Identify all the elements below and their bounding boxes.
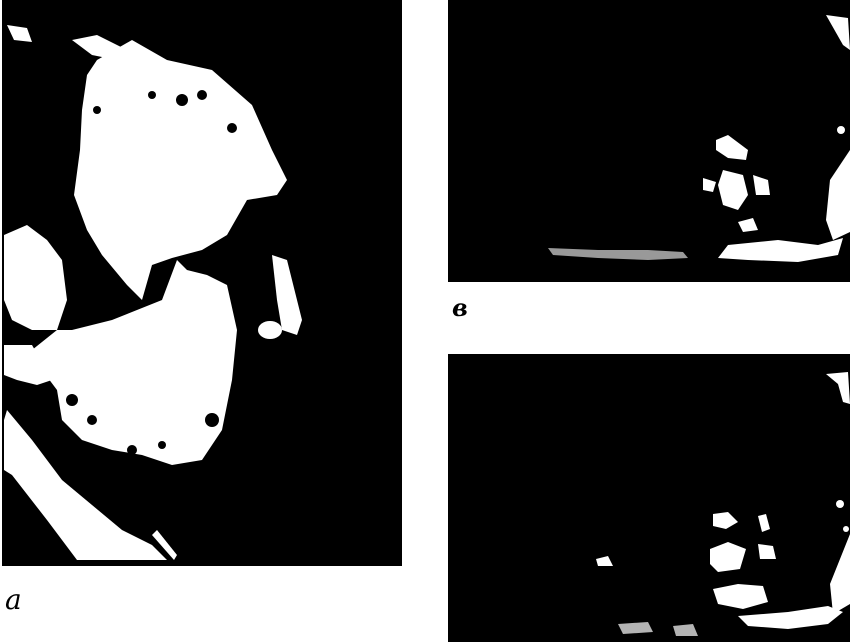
photo-panel-b <box>448 0 850 282</box>
face-image-c <box>448 354 850 642</box>
panel-label-b: в <box>452 296 468 320</box>
face-image-a <box>2 0 402 566</box>
photo-panel-c <box>448 354 850 642</box>
panel-label-a: a <box>5 586 22 614</box>
photo-panel-a <box>2 0 402 566</box>
face-image-b <box>448 0 850 282</box>
